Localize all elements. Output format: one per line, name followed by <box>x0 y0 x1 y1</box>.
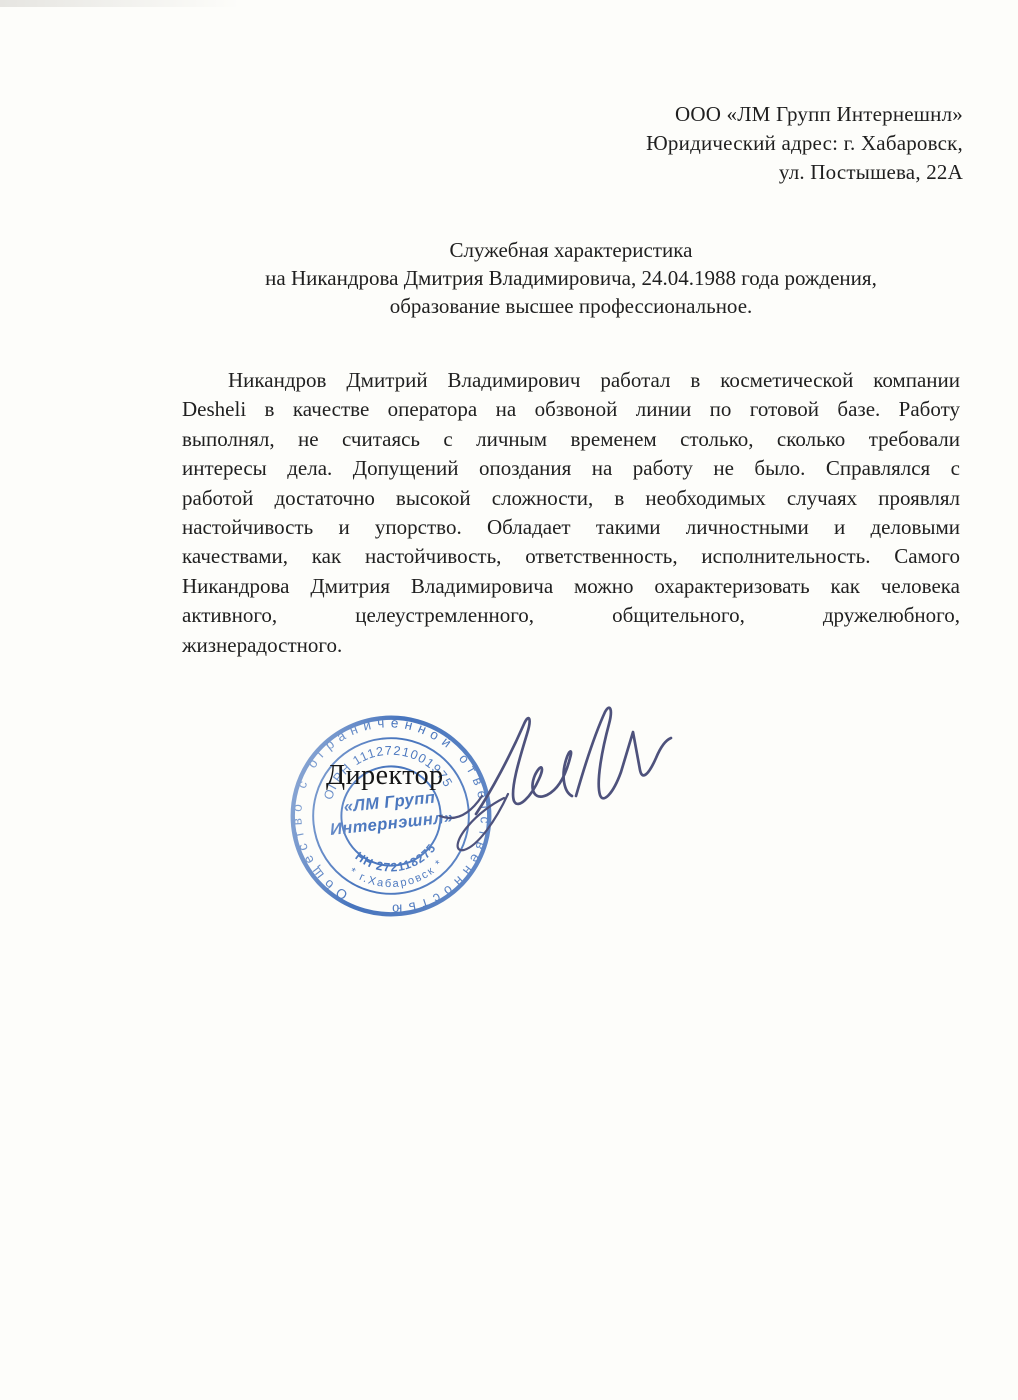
body-paragraph: Никандров Дмитрий Владимирович работал в… <box>182 366 960 660</box>
text-line: работой достаточно высокой сложности, в … <box>182 484 960 513</box>
text-line: жизнерадостного. <box>182 631 960 660</box>
text-line: Никандров Дмитрий Владимирович работал в… <box>182 366 960 395</box>
text-line: интересы дела. Допущений опоздания на ра… <box>182 454 960 483</box>
text-line: на Никандрова Дмитрия Владимировича, 24.… <box>182 264 960 292</box>
director-label: Директор <box>326 760 444 792</box>
signature-stroke-zigzag <box>576 708 671 799</box>
text-line: выполнял, не считаясь с личным временем … <box>182 425 960 454</box>
signature-stroke-main <box>476 718 572 814</box>
text-line: активного, целеустремленного, общительно… <box>182 601 960 630</box>
letterhead: ООО «ЛМ Групп Интернешнл»Юридический адр… <box>646 100 963 187</box>
text-line: ООО «ЛМ Групп Интернешнл» <box>646 100 963 129</box>
text-line: Desheli в качестве оператора на обзвоной… <box>182 395 960 424</box>
document-title: Служебная характеристикана Никандрова Дм… <box>182 236 960 320</box>
text-line: ул. Постышева, 22А <box>646 158 963 187</box>
text-line: Никандрова Дмитрия Владимировича можно о… <box>182 572 960 601</box>
text-line: Служебная характеристика <box>182 236 960 264</box>
text-line: качествами, как настойчивость, ответстве… <box>182 542 960 571</box>
text-line: образование высшее профессиональное. <box>182 292 960 320</box>
scanned-document-page: ООО «ЛМ Групп Интернешнл»Юридический адр… <box>0 0 1018 1400</box>
text-line: Юридический адрес: г. Хабаровск, <box>646 129 963 158</box>
text-line: настойчивость и упорство. Обладает таким… <box>182 513 960 542</box>
scan-artifact <box>0 0 240 7</box>
signature-stroke-tail <box>440 794 508 850</box>
signature <box>430 698 674 862</box>
